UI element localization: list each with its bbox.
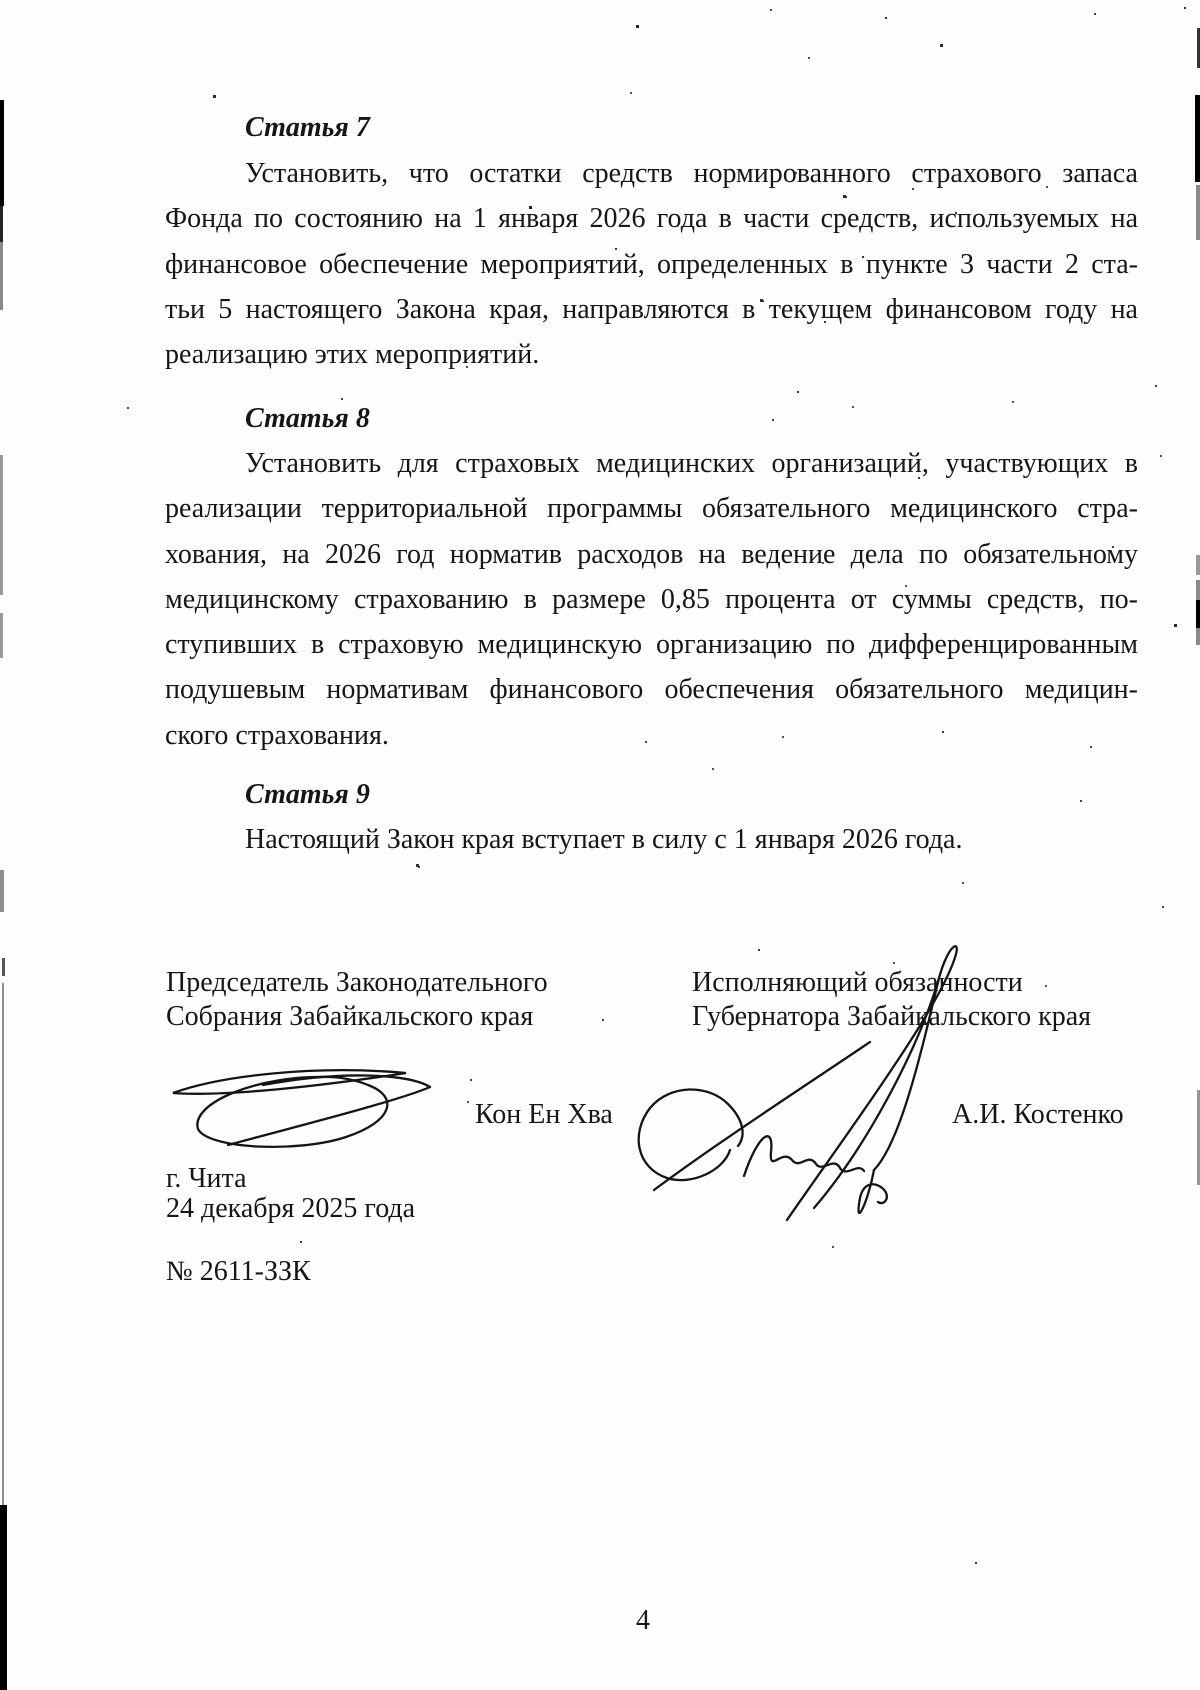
- text-line: хования, на 2026 год норматив расходов н…: [165, 532, 1138, 577]
- left-signature: [168, 1055, 436, 1155]
- scan-artifact-bar: [1195, 95, 1200, 182]
- left-signatory-title: Председатель Законодательного Собрания З…: [166, 966, 548, 1034]
- footer-city: г. Чита: [166, 1163, 247, 1194]
- text-line: реализации территориальной программы обя…: [165, 486, 1138, 531]
- text-line: подушевым нормативам финансового обеспеч…: [165, 667, 1138, 712]
- article-9-heading: Статья 9: [245, 772, 370, 817]
- scan-artifact-bar: [2, 983, 4, 1505]
- left-signatory-title-line2: Собрания Забайкальского края: [166, 1000, 548, 1034]
- text-line: Фонда по состоянию на 1 января 2026 года…: [165, 196, 1138, 241]
- right-signature: [612, 938, 1012, 1238]
- article-9-paragraph: Настоящий Закон края вступает в силу с 1…: [165, 817, 1138, 862]
- scan-artifact-bar: [0, 206, 3, 242]
- scan-artifact-bar: [1196, 185, 1200, 240]
- text-line: ского страхования.: [165, 713, 1138, 758]
- scan-artifact-bar: [0, 242, 3, 310]
- article-7-heading: Статья 7: [245, 105, 370, 150]
- scan-artifact-bar: [0, 455, 3, 595]
- left-signatory-name: Кон Ен Хва: [475, 1100, 613, 1130]
- scan-artifact-bar: [0, 870, 4, 912]
- text-line: финансовое обеспечение мероприятий, опре…: [165, 242, 1138, 287]
- scan-artifact-bar: [1196, 600, 1200, 628]
- text-line: Установить, что остатки средств нормиров…: [165, 151, 1138, 196]
- text-line: ступивших в страховую медицинскую органи…: [165, 622, 1138, 667]
- scanned-law-page: Статья 7 Установить, что остатки средств…: [0, 0, 1200, 1690]
- text-line: Установить для страховых медицинских орг…: [165, 441, 1138, 486]
- footer-date: 24 декабря 2025 года: [166, 1193, 415, 1224]
- scan-artifact-bar: [2, 958, 5, 976]
- article-7-paragraph: Установить, что остатки средств нормиров…: [165, 151, 1138, 377]
- left-signatory-title-line1: Председатель Законодательного: [166, 966, 548, 1000]
- scan-speckles: [0, 0, 3, 3]
- text-line: медицинскому страхованию в размере 0,85 …: [165, 577, 1138, 622]
- article-8-paragraph: Установить для страховых медицинских орг…: [165, 441, 1138, 758]
- scan-artifact-bar: [0, 100, 4, 206]
- scan-artifact-bar: [0, 613, 3, 658]
- right-signatory-name: А.И. Костенко: [952, 1100, 1124, 1130]
- page-number: 4: [636, 1606, 650, 1636]
- scan-artifact-bar: [1196, 555, 1200, 575]
- text-line: реализацию этих мероприятий.: [165, 332, 1138, 377]
- scan-artifact-bar: [0, 1505, 7, 1690]
- text-line: Настоящий Закон края вступает в силу с 1…: [165, 817, 1138, 862]
- article-8-heading: Статья 8: [245, 396, 370, 441]
- document-number: № 2611-ЗЗК: [166, 1256, 311, 1287]
- text-line: тьи 5 настоящего Закона края, направляют…: [165, 287, 1138, 332]
